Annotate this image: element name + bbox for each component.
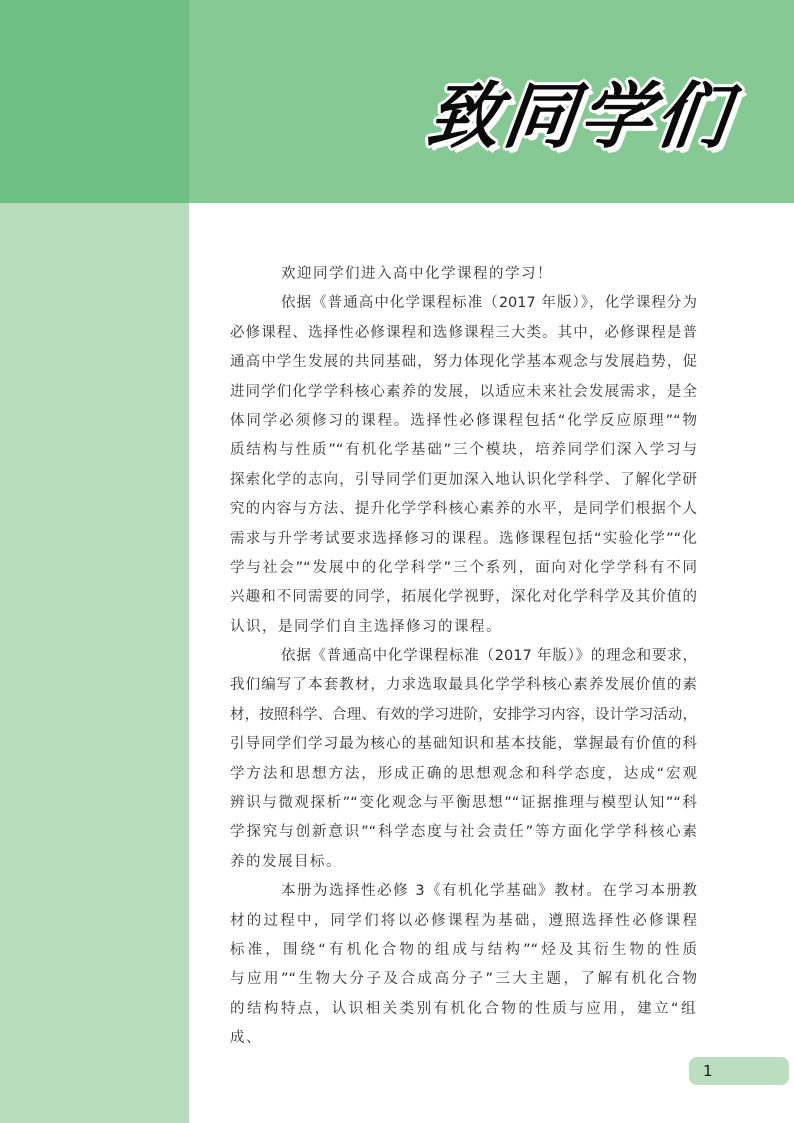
text-line: 引导同学们学习最为核心的基础知识和基本技能，掌握最有价值的科 (230, 730, 697, 759)
page-title: 致同学们 (424, 80, 737, 152)
text-line: 材的过程中，同学们将以必修课程为基础，遵照选择性必修课程 (230, 907, 697, 936)
text-line: 质结构与性质”“有机化学基础”三个模块，培养同学们深入学习与 (230, 436, 697, 465)
left-column-strip (0, 203, 189, 1123)
text-line: 欢迎同学们进入高中化学课程的学习！ (230, 260, 697, 289)
text-line: 探索化学的志向，引导同学们更加深入地认识化学科学、了解化学研 (230, 466, 697, 495)
page-number-badge: 1 (689, 1057, 789, 1085)
text-line: 养的发展目标。 (230, 848, 697, 877)
text-line: 标准，围绕“有机化合物的组成与结构”“烃及其衍生物的性质 (230, 936, 697, 965)
text-line: 通高中学生发展的共同基础，努力体现化学基本观念与发展趋势，促 (230, 348, 697, 377)
left-column-top (0, 0, 189, 203)
text-line: 究的内容与方法、提升化学学科核心素养的水平，是同学们根据个人 (230, 495, 697, 524)
text-line: 辨识与微观探析”“变化观念与平衡思想”“证据推理与模型认知”“科 (230, 789, 697, 818)
text-line: 的结构特点，认识相关类别有机化合物的性质与应用，建立“组成、 (230, 995, 697, 1024)
text-line: 与应用”“生物大分子及合成高分子”三大主题，了解有机化合物 (230, 965, 697, 994)
text-line: 学方法和思想方法，形成正确的思想观念和科学态度，达成“宏观 (230, 760, 697, 789)
text-line: 认识，是同学们自主选择修习的课程。 (230, 613, 697, 642)
text-line: 本册为选择性必修 3《有机化学基础》教材。在学习本册教 (230, 877, 697, 906)
page-number: 1 (703, 1061, 713, 1081)
text-line: 学探究与创新意识”“科学态度与社会责任”等方面化学学科核心素 (230, 818, 697, 847)
text-line: 学与社会”“发展中的化学科学”三个系列，面向对化学学科有不同 (230, 554, 697, 583)
body-text: 欢迎同学们进入高中化学课程的学习！依据《普通高中化学课程标准（2017 年版）》… (230, 260, 697, 1024)
text-line: 体同学必须修习的课程。选择性必修课程包括“化学反应原理”“物 (230, 407, 697, 436)
text-line: 需求与升学考试要求选择修习的课程。选修课程包括“实验化学”“化 (230, 525, 697, 554)
text-line: 材，按照科学、合理、有效的学习进阶，安排学习内容，设计学习活动， (230, 701, 697, 730)
text-line: 我们编写了本套教材，力求选取最具化学学科核心素养发展价值的素 (230, 671, 697, 700)
text-line: 进同学们化学学科核心素养的发展，以适应未来社会发展需求，是全 (230, 378, 697, 407)
text-line: 兴趣和不同需要的同学，拓展化学视野，深化对化学科学及其价值的 (230, 583, 697, 612)
text-line: 依据《普通高中化学课程标准（2017 年版）》，化学课程分为 (230, 289, 697, 318)
text-line: 依据《普通高中化学课程标准（2017 年版）》的理念和要求， (230, 642, 697, 671)
text-line: 必修课程、选择性必修课程和选修课程三大类。其中，必修课程是普 (230, 319, 697, 348)
